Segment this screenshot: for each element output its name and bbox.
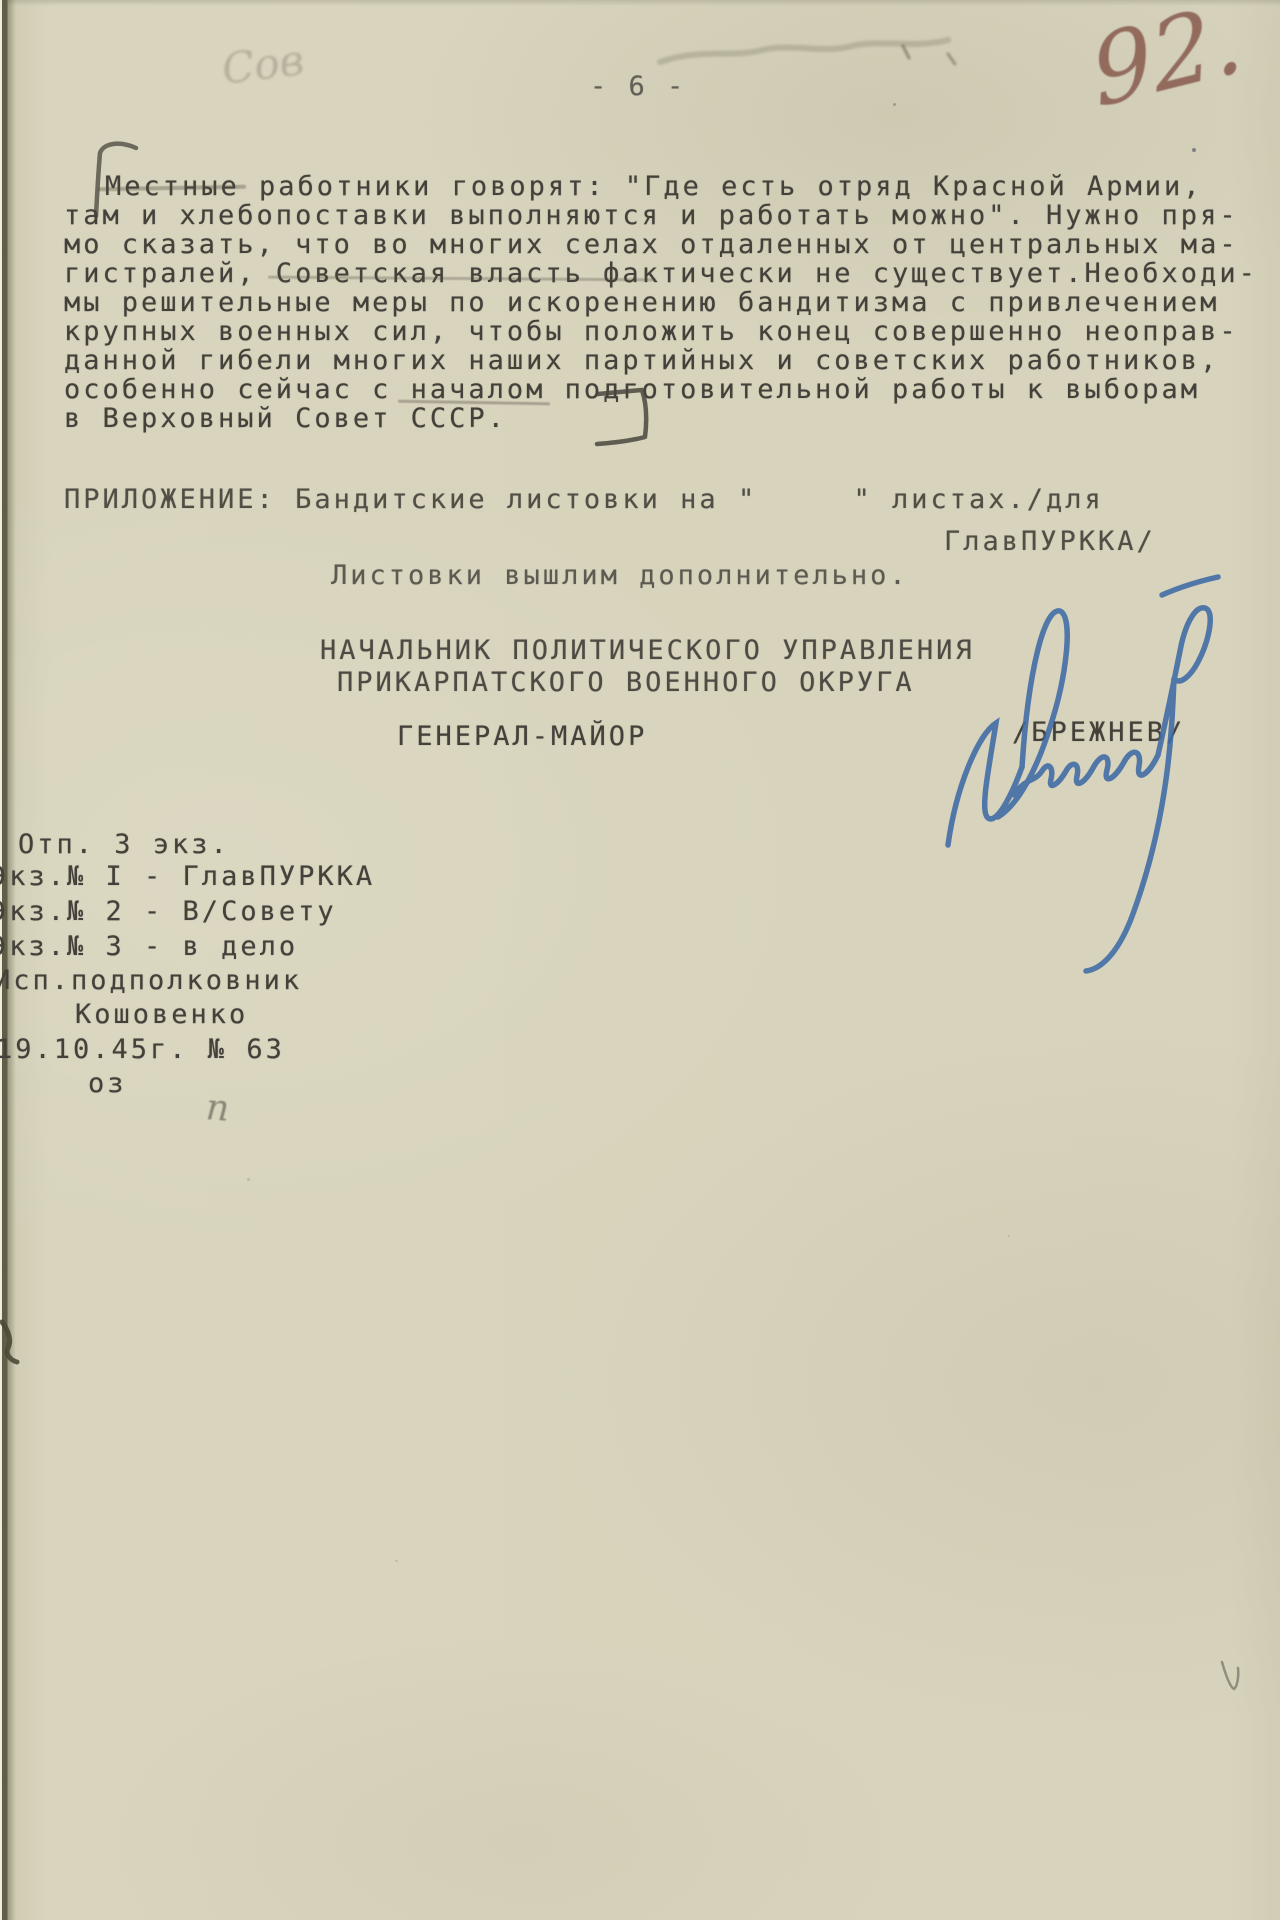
signature-title-line1: НАЧАЛЬНИК ПОЛИТИЧЕСКОГО УПРАВЛЕНИЯ <box>320 636 975 665</box>
attachment-line3: Листовки вышлим дополнительно. <box>331 561 909 590</box>
distribution-line: Экз.№ I - ГлавПУРККА <box>0 862 375 891</box>
signature-title-line2: ПРИКАРПАТСКОГО ВОЕННОГО ОКРУГА <box>337 668 915 697</box>
distribution-line: Кошовенко <box>75 1000 248 1029</box>
distribution-line: Исп.подполковник <box>0 966 302 995</box>
pencil-letter-mark: п <box>205 1087 231 1130</box>
paper-speck <box>395 1560 398 1562</box>
distribution-line: 19.10.45г. № 63 <box>0 1035 285 1064</box>
paper-speck <box>247 1178 250 1181</box>
signature-rank: ГЕНЕРАЛ-МАЙОР <box>397 722 647 751</box>
distribution-line: Экз.№ 3 - в дело <box>0 932 298 961</box>
pencil-bracket-close <box>0 0 1280 500</box>
paper-speck <box>1008 1235 1010 1237</box>
paper-speck <box>1192 148 1196 152</box>
attachment-line2: ГлавПУРККА/ <box>944 527 1156 556</box>
attachment-line1: ПРИЛОЖЕНИЕ: Бандитские листовки на " " л… <box>64 485 1104 514</box>
distribution-line: Экз.№ 2 - В/Совету <box>0 897 337 926</box>
check-mark <box>1210 1650 1250 1700</box>
edge-pencil-mark <box>0 1300 40 1380</box>
brezhnev-signature <box>930 555 1220 995</box>
distribution-line: Отп. 3 экз. <box>18 830 230 859</box>
paper-speck <box>893 103 896 106</box>
document-page: Сов - 6 - 92. Местные работники говорят:… <box>0 0 1280 1920</box>
distribution-line: оз <box>88 1069 127 1098</box>
